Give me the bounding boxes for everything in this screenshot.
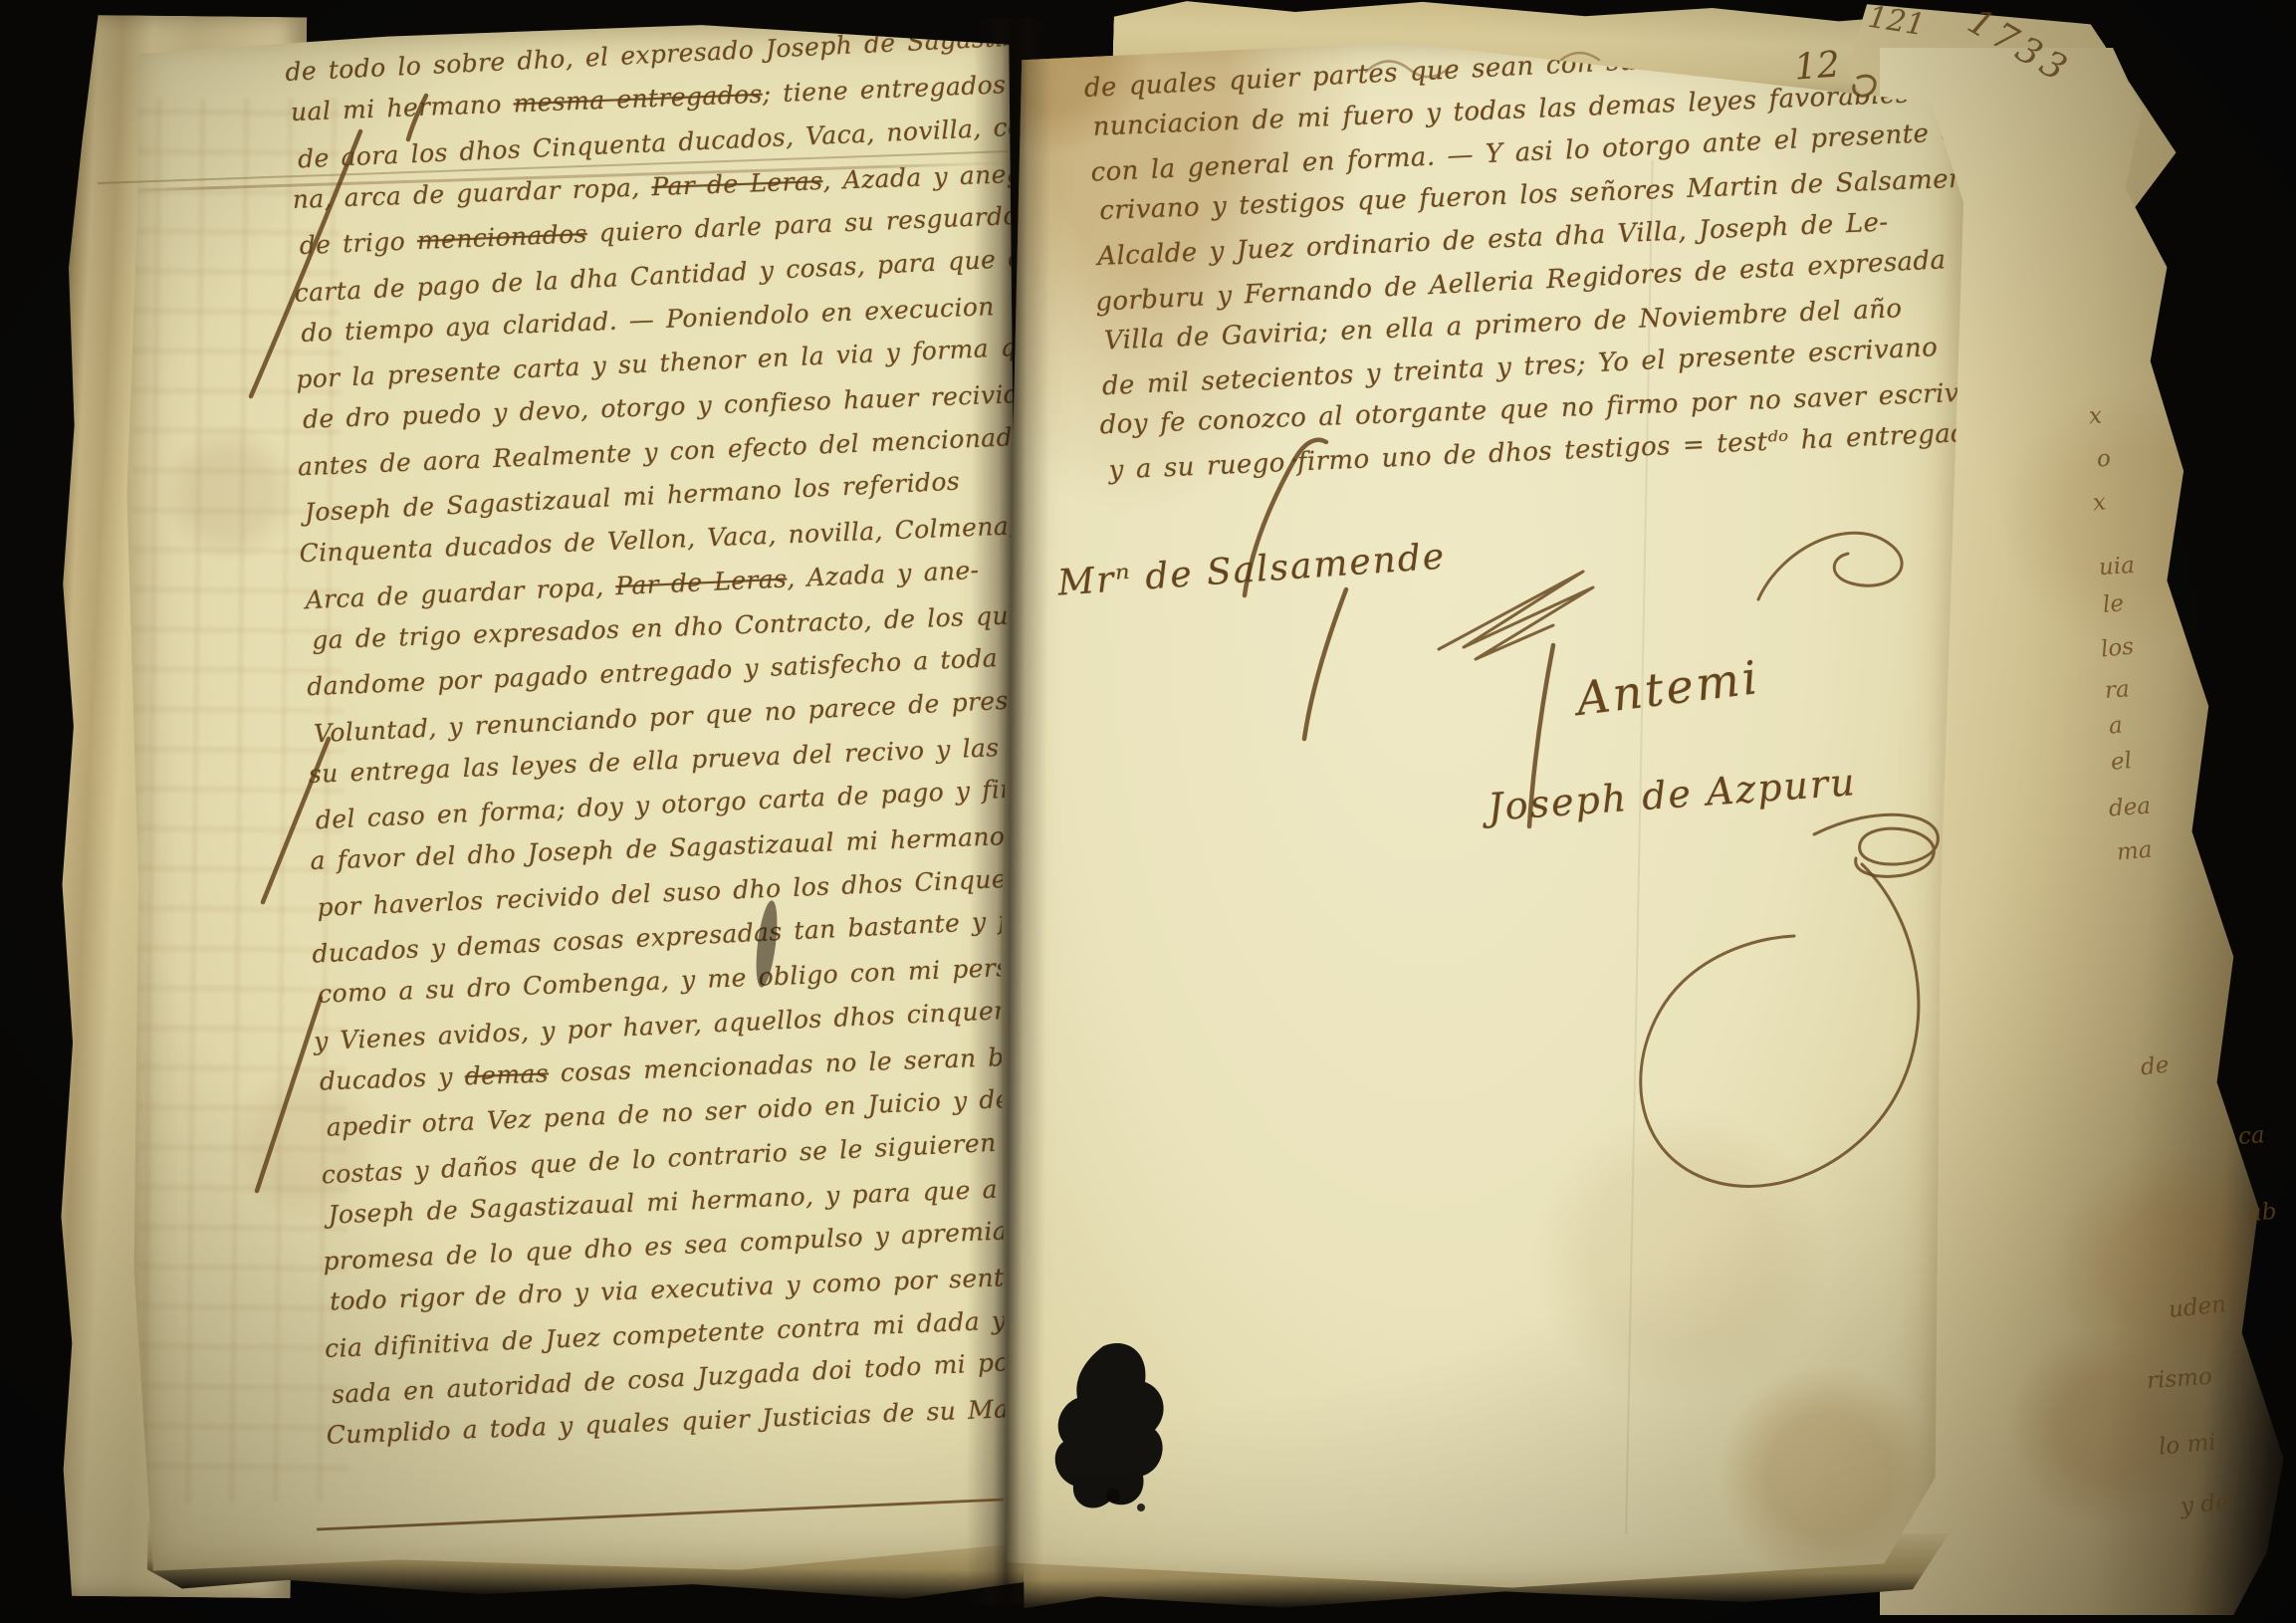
struck-text: mencionados: [416, 219, 587, 255]
edge-text-fragment: el: [2110, 748, 2134, 776]
manuscript-photo: de todo lo sobre dho, el expresado Josep…: [0, 0, 2296, 1623]
edge-text-fragment: ma: [2116, 837, 2154, 866]
struck-text: Par de Leras: [651, 166, 823, 201]
edge-text-fragment: dea: [2108, 794, 2152, 822]
manuscript-text: ual mi hermano: [291, 89, 515, 126]
manuscript-text: Arca de guardar ropa,: [305, 572, 616, 614]
edge-text-fragment: y de: [2180, 1490, 2230, 1520]
edge-text-fragment: lo mi: [2158, 1430, 2217, 1461]
edge-text-fragment: rismo: [2146, 1364, 2212, 1395]
edge-text-fragment: los: [2100, 633, 2136, 662]
struck-text: mesma entregados: [513, 80, 763, 118]
manuscript-text: de trigo: [299, 226, 417, 260]
struck-text: Par de Leras: [615, 564, 788, 600]
edge-text-fragment: uia: [2098, 553, 2136, 580]
left-page-text: de todo lo sobre dho, el expresado Josep…: [245, 26, 1074, 1560]
book-gutter-shadow: [966, 18, 1051, 1605]
edge-text-fragment: ca: [2237, 1122, 2265, 1150]
folio-number-right-page: 12: [1793, 44, 1842, 88]
right-page: de quales quier partes que sean con sumi…: [987, 29, 1970, 1602]
edge-text-fragment: ra: [2104, 676, 2130, 704]
left-page: de todo lo sobre dho, el expresado Josep…: [120, 23, 1026, 1580]
edge-text-fragment: a: [2108, 712, 2124, 739]
manuscript-text: quiero darle para su resguardo: [586, 201, 1019, 248]
edge-text-fragment: le: [2102, 590, 2125, 618]
edge-text-fragment: x: [2092, 489, 2108, 516]
edge-text-fragment: x: [2088, 403, 2103, 430]
edge-text-fragment: o: [2096, 445, 2112, 472]
edge-text-fragment: ab: [2247, 1199, 2278, 1227]
manuscript-text: na, arca de guardar ropa,: [292, 172, 652, 214]
edge-text-fragment: de: [2140, 1052, 2171, 1081]
right-page-text: de quales quier partes que sean con sumi…: [1055, 34, 1975, 630]
manuscript-line: a favor del dho Joseph de Sagastizaual m…: [310, 822, 1006, 874]
struck-text: demas: [464, 1058, 549, 1090]
manuscript-text: , Azada y ane-: [787, 556, 980, 593]
manuscript-text: ducados y: [319, 1061, 465, 1095]
